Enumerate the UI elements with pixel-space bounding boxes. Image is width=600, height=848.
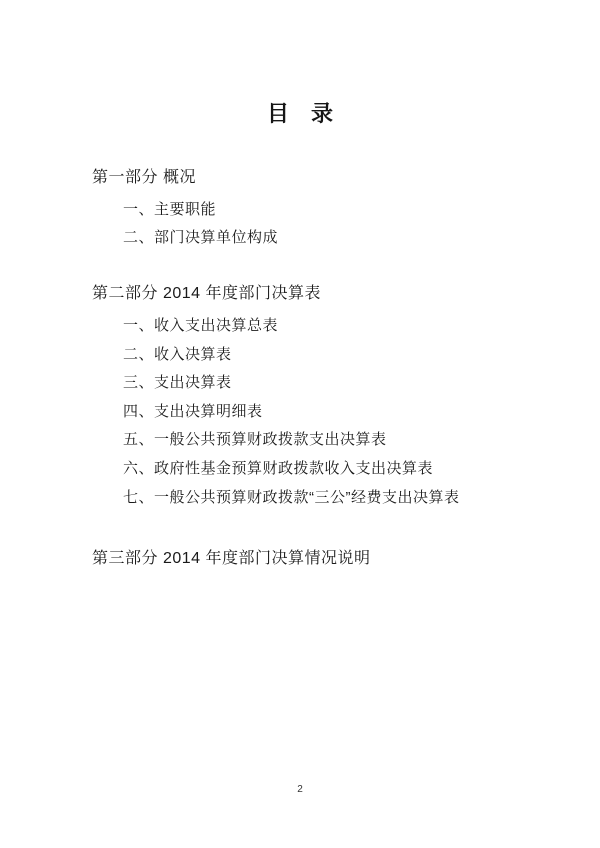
document-page: 目 录 第一部分 概况 一、主要职能 二、部门决算单位构成 第二部分 2014 … [0, 0, 600, 848]
table-of-contents: 第一部分 概况 一、主要职能 二、部门决算单位构成 第二部分 2014 年度部门… [0, 164, 600, 573]
toc-item: 二、部门决算单位构成 [123, 224, 600, 252]
page-title: 目 录 [0, 0, 600, 127]
toc-section-overview: 第一部分 概况 一、主要职能 二、部门决算单位构成 [0, 164, 600, 252]
toc-item: 五、一般公共预算财政拨款支出决算表 [123, 426, 600, 455]
toc-section-heading: 第一部分 概况 [92, 164, 600, 192]
toc-item: 六、政府性基金预算财政拨款收入支出决算表 [123, 455, 600, 484]
toc-section-heading: 第三部分 2014 年度部门决算情况说明 [92, 545, 600, 573]
toc-item: 一、主要职能 [123, 196, 600, 224]
toc-item: 七、一般公共预算财政拨款“三公”经费支出决算表 [123, 484, 600, 513]
toc-item: 二、收入决算表 [123, 341, 600, 370]
toc-item: 三、支出决算表 [123, 369, 600, 398]
page-number: 2 [0, 783, 600, 797]
toc-item: 四、支出决算明细表 [123, 398, 600, 427]
toc-section-notes: 第三部分 2014 年度部门决算情况说明 [0, 545, 600, 573]
toc-section-statements: 第二部分 2014 年度部门决算表 一、收入支出决算总表 二、收入决算表 三、支… [0, 280, 600, 512]
toc-section-heading: 第二部分 2014 年度部门决算表 [92, 280, 600, 308]
toc-item: 一、收入支出决算总表 [123, 312, 600, 341]
